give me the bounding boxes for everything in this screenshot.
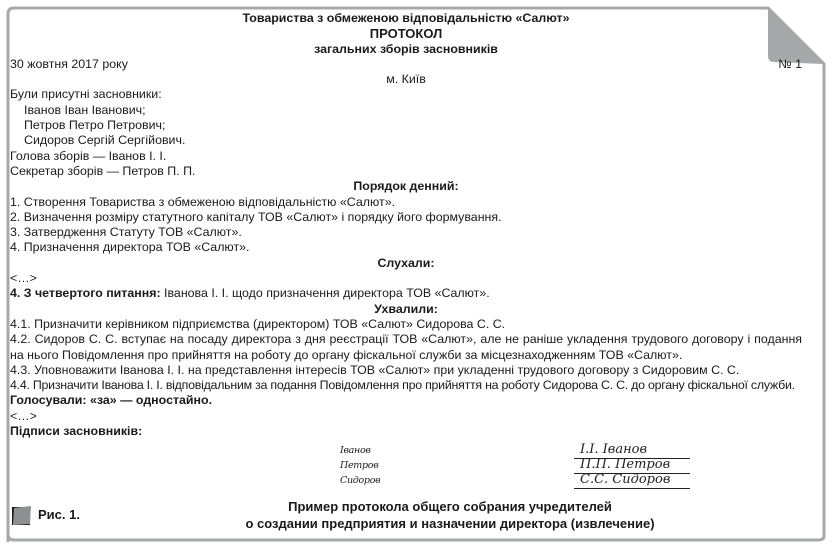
heard-heading: Слухали: xyxy=(10,256,802,271)
heard-item-label: 4. З четвертого питання: xyxy=(10,286,161,300)
signatures-heading: Підписи засновників: xyxy=(10,424,802,439)
company-name: Товариства з обмеженою відповідальністю … xyxy=(10,11,802,26)
figure-caption-line: Пример протокола общего собрания учредит… xyxy=(230,498,670,515)
figure-marker-icon xyxy=(12,506,32,526)
resolution-item: 4.4. Призначити Іванова І. І. відповідал… xyxy=(10,378,802,393)
founder-item: Іванов Іван Іванович; xyxy=(10,103,802,118)
signature-name: С.С. Сидоров xyxy=(574,473,690,489)
present-label: Були присутні засновники: xyxy=(10,87,802,102)
document-number: № 1 xyxy=(778,57,802,72)
signature-handwritten: Петров xyxy=(340,460,378,471)
figure-label: Рис. 1. xyxy=(38,507,80,522)
document-city: м. Київ xyxy=(10,72,802,87)
agenda-heading: Порядок денний: xyxy=(10,179,802,194)
signature-handwritten: Іванов xyxy=(340,445,371,456)
signatures-block: Іванов Петров Сидоров І.І. Іванов П.П. П… xyxy=(340,443,700,493)
resolution-item: 4.3. Уповноважити Іванова І. І. на предс… xyxy=(10,363,802,378)
resolution-item: 4.1. Призначити керівником підприємства … xyxy=(10,317,802,332)
resolved-heading: Ухвалили: xyxy=(10,302,802,317)
founder-item: Сидоров Сергій Сергійович. xyxy=(10,133,802,148)
signature-handwritten: Сидоров xyxy=(340,475,380,486)
agenda-item: 2. Визначення розміру статутного капітал… xyxy=(10,210,802,225)
document-subtitle: загальних зборів засновників xyxy=(10,42,802,57)
agenda-item: 4. Призначення директора ТОВ «Салют». xyxy=(10,240,802,255)
protocol-document: Товариства з обмеженою відповідальністю … xyxy=(10,11,802,439)
secretary: Секретар зборів — Петров П. П. xyxy=(10,164,802,179)
document-title: ПРОТОКОЛ xyxy=(10,26,802,41)
agenda-item: 1. Створення Товариства з обмеженою відп… xyxy=(10,195,802,210)
figure-caption: Пример протокола общего собрания учредит… xyxy=(230,498,670,532)
figure-caption-line: о создании предприятия и назначении дире… xyxy=(230,515,670,532)
date-number-row: 30 жовтня 2017 року № 1 xyxy=(10,57,802,72)
ellipsis: <…> xyxy=(10,271,802,286)
founder-item: Петров Петро Петрович; xyxy=(10,118,802,133)
heard-item: 4. З четвертого питання: Іванова І. І. щ… xyxy=(10,286,802,301)
document-date: 30 жовтня 2017 року xyxy=(10,57,128,72)
vote-result: Голосували: «за» — одностайно. xyxy=(10,393,802,408)
resolution-item: 4.2. Сидоров С. С. вступає на посаду дир… xyxy=(10,332,802,363)
agenda-item: 3. Затвердження Статуту ТОВ «Салют». xyxy=(10,225,802,240)
ellipsis: <…> xyxy=(10,409,802,424)
chairman: Голова зборів — Іванов І. І. xyxy=(10,149,802,164)
heard-item-text: Іванова І. І. щодо призначення директора… xyxy=(161,286,490,300)
